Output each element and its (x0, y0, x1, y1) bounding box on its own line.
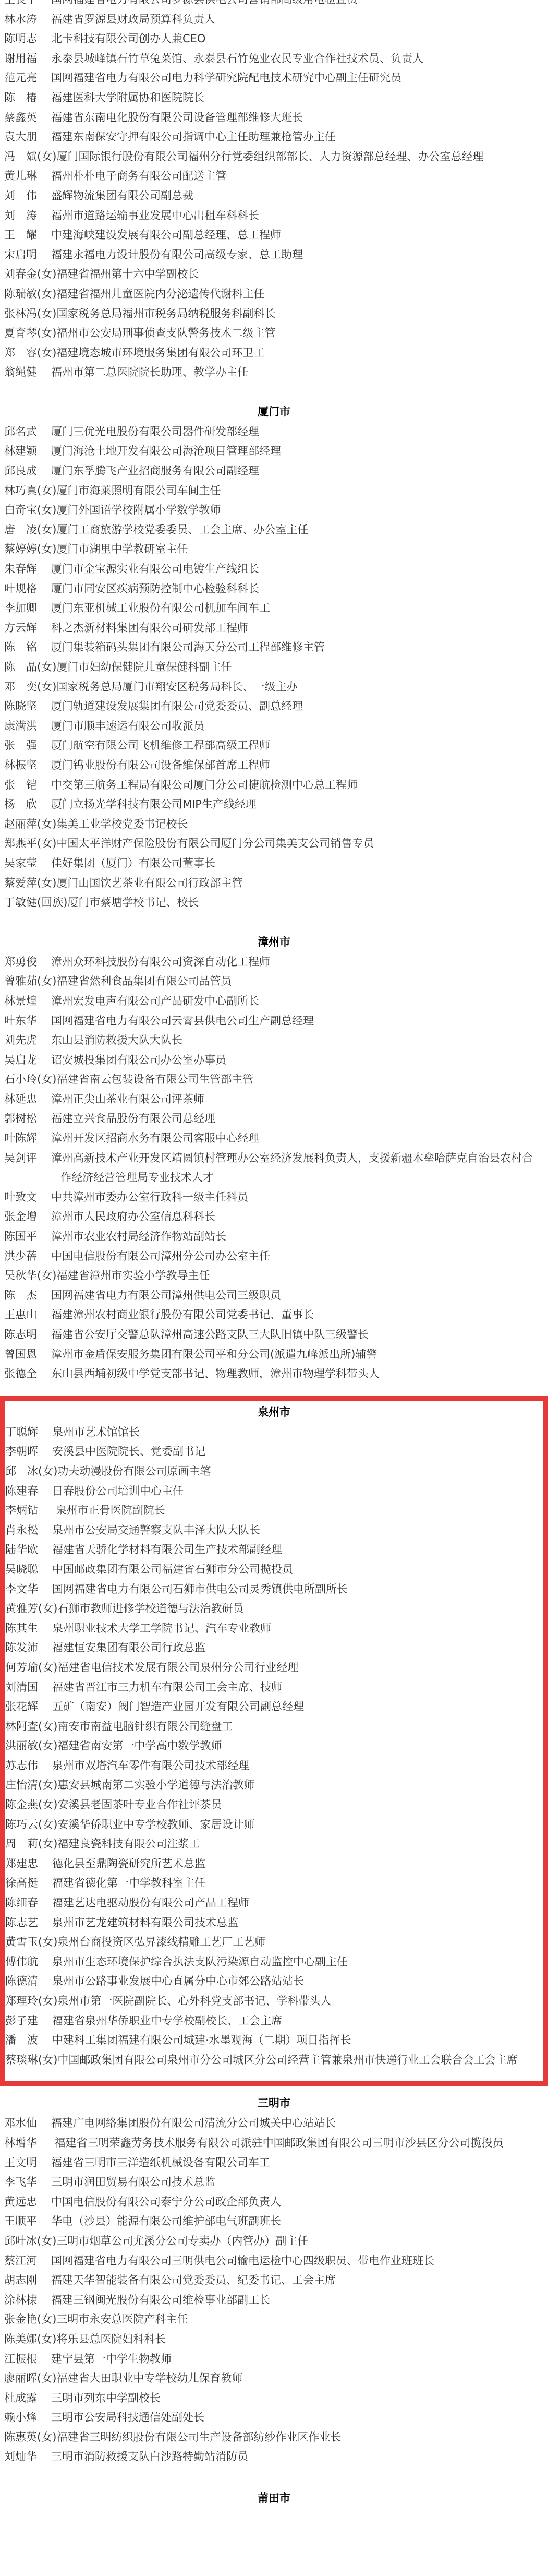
person-name: 袁大朋 (4, 127, 51, 147)
person-name: 张花辉 (5, 1697, 52, 1717)
person-affiliation: 泉州市公路事业发展中心直属分中心市郊公路站站长 (52, 1975, 304, 1987)
person-affiliation: 厦门市金宝源实业有限公司电镀生产线组长 (51, 563, 259, 575)
person-name: 林延忠 (4, 1090, 51, 1110)
list-item: 吴秋华(女)福建省漳州市实验小学教导主任 (0, 1266, 548, 1286)
list-item: 吴家莹佳好集团（厦门）有限公司董事长 (0, 854, 548, 874)
person-name: 何芳瑜(女) (5, 1658, 57, 1678)
city-heading-putian: 莆田市 (0, 2488, 548, 2509)
person-affiliation: 德化县至鼎陶瓷研究所艺术总监 (52, 1857, 205, 1870)
person-name: 黄雪玉(女) (5, 1933, 57, 1952)
list-item: 袁大朋福建东南保安守押有限公司指调中心主任助理兼枪管办主任 (0, 127, 548, 147)
person-affiliation: 福建省三明荣鑫劳务技术服务有限公司派驻中国邮政集团有限公司三明市沙县区分公司揽投… (51, 2137, 504, 2149)
person-affiliation: 中国邮政集团有限公司泉州市分公司城区分公司经营主管兼泉州市快递行业工会联合会工会… (57, 2054, 517, 2066)
list-item: 刘 伟盛辉物流集团有限公司副总裁 (0, 186, 548, 206)
list-item: 谢用福永泰县城峰镇石竹草兔菜馆、永泰县石竹兔业农民专业合作社技术员、负责人 (0, 49, 548, 69)
person-affiliation: 福建省三明市三洋造纸机械设备有限公司车工 (51, 2156, 270, 2169)
person-name: 叶东华 (4, 1011, 51, 1031)
person-name: 徐高挺 (5, 1874, 52, 1893)
person-affiliation: 石狮市教师进修学校道德与法治教研员 (57, 1602, 243, 1615)
person-name: 王惠山 (4, 1305, 51, 1325)
person-name: 陆华欧 (5, 1540, 52, 1560)
list-item: 林水涛福建省罗源县财政局预算科负责人 (0, 10, 548, 30)
person-name: 彭子建 (5, 2011, 52, 2031)
person-affiliation: 厦门集装箱码头集团有限公司海天分公司工程部维修主管 (51, 641, 325, 653)
list-item: 王文明福建省三明市三洋造纸机械设备有限公司车工 (0, 2153, 548, 2173)
person-name: 邓水仙 (4, 2114, 51, 2133)
person-affiliation: 福建省漳州市实验小学教导主任 (56, 1269, 210, 1282)
person-affiliation: 南安市南益电脑针织有限公司缝盘工 (57, 1720, 233, 1733)
list-item: 蔡鑫英福建省东南电化股份有限公司设备管理部维修大班长 (0, 108, 548, 128)
person-name: 邱名武 (4, 422, 51, 442)
person-affiliation: 泉州市公安局交通警察支队丰泽大队大队长 (52, 1524, 260, 1536)
person-name: 胡志刚 (4, 2271, 51, 2291)
person-affiliation: 福建省泉州华侨职业中专学校副校长、工会主席 (52, 2014, 282, 2027)
person-affiliation: 安溪华侨职业中专学校教师、家居设计师 (57, 1818, 254, 1831)
person-affiliation: 国网福建省电力有限公司云霄县供电公司生产副总经理 (51, 1015, 314, 1027)
person-affiliation: 福建省电信技术发展有限公司泉州分公司行业经理 (57, 1661, 298, 1674)
list-item: 黄远忠中国电信股份有限公司泰宁分公司政企部负责人 (0, 2192, 548, 2212)
person-name: 张 铠 (4, 776, 51, 795)
list-item: 潘 波中建科工集团福建有限公司城建·水墨观海（二期）项目指挥长 (5, 2031, 543, 2050)
list-item: 李炳钻 泉州市正骨医院副院长 (5, 1501, 543, 1521)
person-name: 蔡爱萍(女) (4, 874, 56, 893)
person-name: 林水涛 (4, 10, 51, 30)
person-name: 蔡鑫英 (4, 108, 51, 128)
person-affiliation: 三明市永安总医院产科主任 (56, 2313, 188, 2325)
list-item: 廖丽晖(女)福建省大田职业中专学校幼儿保育教师 (0, 2369, 548, 2389)
list-item: 邱名武厦门三优光电股份有限公司器件研发部经理 (0, 422, 548, 442)
list-item: 陈美娜(女)将乐县总医院妇科科长 (0, 2330, 548, 2350)
affiliation-continuation: 作经济经营管理局专业技术人才 (0, 1168, 548, 1188)
list-item: 蔡江河国网福建省电力有限公司三明供电公司输电运检中心四级职员、带电作业班班长 (0, 2251, 548, 2271)
person-affiliation: 五矿（南安）阀门智造产业园开发有限公司副总经理 (52, 1700, 304, 1713)
person-name: 刘春金(女) (4, 265, 56, 284)
person-name: 周 莉(女) (5, 1834, 57, 1854)
list-item: 朱春辉厦门市金宝源实业有限公司电镀生产线组长 (0, 559, 548, 579)
person-name: 洪少蓓 (4, 1247, 51, 1267)
person-name: 陈其生 (5, 1619, 52, 1639)
list-item: 何芳瑜(女)福建省电信技术发展有限公司泉州分公司行业经理 (5, 1658, 543, 1678)
list-item: 蔡婷婷(女)厦门市湖里中学教研室主任 (0, 540, 548, 559)
list-item: 陈 晶(女)厦门市妇幼保健院儿童保健科副主任 (0, 658, 548, 677)
list-item: 林延忠漳州正尖山茶业有限公司评茶师 (0, 1090, 548, 1110)
person-affiliation: 日春股份公司培训中心主任 (52, 1485, 184, 1497)
list-item: 丁敏健(回族)厦门市蔡塘学校书记、校长 (0, 893, 548, 913)
person-name: 李飞华 (4, 2173, 51, 2192)
person-affiliation: 福建省福州儿童医院内分泌遗传代谢科主任 (56, 288, 264, 300)
list-item: 黄雪玉(女)泉州台商投资区弘昇漆线精雕工艺厂工艺师 (5, 1933, 543, 1952)
person-name: 张金艳(女) (4, 2310, 56, 2330)
list-item: 蔡爱萍(女)厦门山国饮艺茶业有限公司行政部主管 (0, 874, 548, 893)
list-item: 邱 冰(女)功夫动漫股份有限公司原画主笔 (5, 1462, 543, 1482)
person-affiliation: 国网福建省电力有限公司漳州供电公司三级职员 (51, 1289, 281, 1302)
person-name: 吴秋华(女) (4, 1266, 56, 1286)
person-name: 陈 椿 (4, 88, 51, 108)
person-name: 陈国平 (4, 1227, 51, 1247)
list-item: 赵丽萍(女)集美工业学校党委书记校长 (0, 815, 548, 834)
person-affiliation: 福建漳州农村商业银行股份有限公司党委书记、董事长 (51, 1308, 314, 1321)
person-affiliation: 福建永福电力设计股份有限公司高级专家、总工助理 (51, 248, 303, 261)
list-item: 吴剑评漳州高新技术产业开发区靖圆镇村管理办公室经济发展科负责人，支援新疆木垒哈萨… (0, 1149, 548, 1168)
list-item: 陈国平漳州市农业农村局经济作物站副站长 (0, 1227, 548, 1247)
person-affiliation: 厦门市海莱照明有限公司车间主任 (56, 484, 221, 497)
list-item: 林巧真(女)厦门市海莱照明有限公司车间主任 (0, 481, 548, 501)
person-affiliation: 福建境态城市环境服务集团有限公司环卫工 (56, 347, 264, 359)
person-name: 曾雅茹(女) (4, 972, 56, 992)
person-affiliation: 东山县消防救援大队大队长 (51, 1034, 182, 1046)
list-item: 刘 涛福州市道路运输事业发展中心出租车科科长 (0, 206, 548, 226)
person-name: 曾国恩 (4, 1345, 51, 1365)
person-affiliation: 厦门国际银行股份有限公司福州分行党委组织部部长、人力资源部总经理、办公室总经理 (56, 150, 483, 163)
list-item: 林景煌漳州宏发电声有限公司产品研发中心副所长 (0, 992, 548, 1011)
person-affiliation: 厦门东孚腾飞产业招商服务有限公司副经理 (51, 464, 259, 477)
list-item: 陈细春福建艺达电驱动股份有限公司产品工程师 (5, 1893, 543, 1913)
person-name: 陈 晶(女) (4, 658, 56, 677)
person-affiliation: 将乐县总医院妇科科长 (56, 2333, 166, 2345)
list-item: 陈晓坚厦门轨道建设发展集团有限公司党委委员、副总经理 (0, 697, 548, 717)
person-affiliation: 福建三钢闽光股份有限公司维检事业部副工长 (51, 2294, 270, 2306)
person-name: 陈晓坚 (4, 697, 51, 717)
person-name: 陈瑞敏(女) (4, 284, 56, 304)
person-name: 赵丽萍(女) (4, 815, 56, 834)
person-name: 冯 斌(女) (4, 147, 56, 167)
list-item: 康满洪厦门市顺丰速运有限公司收派员 (0, 717, 548, 736)
person-name: 郑勇俊 (4, 952, 51, 972)
list-item: 江振根建宁县第一中学生物教师 (0, 2350, 548, 2369)
person-name: 丁聪辉 (5, 1423, 52, 1442)
person-name: 郑理玲(女) (5, 1991, 57, 2011)
person-affiliation: 北卡科技有限公司创办人兼CEO (51, 32, 205, 45)
person-affiliation: 漳州市金盾保安服务集团有限公司平和分公司(派遣九峰派出所)辅警 (51, 1348, 377, 1361)
person-affiliation: 福建省德化第一中学教科室主任 (52, 1877, 205, 1889)
list-item: 张花辉五矿（南安）阀门智造产业园开发有限公司副总经理 (5, 1697, 543, 1717)
person-affiliation: 厦门市妇幼保健院儿童保健科副主任 (56, 661, 232, 673)
person-affiliation: 泉州市第一医院副院长、心外科党支部书记、学科带头人 (57, 1995, 331, 2007)
person-name: 邓 奕(女) (4, 677, 56, 697)
person-affiliation: 厦门海沧土地开发有限公司海沧项目管理部经理 (51, 445, 281, 457)
list-item: 刘清国福建省晋江市三力机车有限公司工会主席、技师 (5, 1678, 543, 1698)
person-affiliation: 福建省晋江市三力机车有限公司工会主席、技师 (52, 1681, 282, 1694)
person-affiliation: 中交第三航务工程局有限公司厦门分公司捷航检测中心总工程师 (51, 779, 358, 791)
person-affiliation: 厦门工商旅游学校党委委员、工会主席、办公室主任 (56, 523, 308, 536)
person-affiliation: 福建省天骄化学材料有限公司生产技术部副经理 (52, 1543, 282, 1556)
person-affiliation: 福建良瓷科技有限公司注浆工 (57, 1838, 200, 1850)
person-name: 陈明志 (4, 29, 51, 49)
person-name: 李炳钻 (5, 1501, 52, 1521)
person-name: 叶陈辉 (4, 1129, 51, 1149)
person-name: 刘 涛 (4, 206, 51, 226)
list-item: 陆华欧福建省天骄化学材料有限公司生产技术部副经理 (5, 1540, 543, 1560)
list-item: 林建颖厦门海沧土地开发有限公司海沧项目管理部经理 (0, 442, 548, 461)
person-affiliation: 盛辉物流集团有限公司副总裁 (51, 189, 193, 202)
person-affiliation: 漳州市人民政府办公室信息科科长 (51, 1210, 215, 1223)
person-name: 朱春辉 (4, 559, 51, 579)
list-item: 邱良成厦门东孚腾飞产业招商服务有限公司副经理 (0, 461, 548, 481)
list-item: 石小玲(女)福建省南云包装设备有限公司生管部主管 (0, 1070, 548, 1090)
person-name: 涂林棣 (4, 2291, 51, 2310)
person-name: 陈志明 (4, 1325, 51, 1345)
person-name: 王文明 (4, 2153, 51, 2173)
list-item: 翁绳健福州市第二总医院院长助理、教学办主任 (0, 363, 548, 383)
person-name: 张 强 (4, 736, 51, 756)
list-item: 方云辉科之杰新材料集团有限公司研发部工程师 (0, 618, 548, 638)
person-affiliation: 安溪县老固茶叶专业合作社评茶员 (57, 1798, 222, 1811)
list-item: 陈志明福建省公安厅交警总队漳州高速公路支队三大队旧镇中队三级警长 (0, 1325, 548, 1345)
list-item: 宋启明福建永福电力设计股份有限公司高级专家、总工助理 (0, 245, 548, 265)
list-item: 吴晓聪中国邮政集团有限公司福建省石狮市分公司揽投员 (5, 1560, 543, 1580)
person-name: 邱 冰(女) (5, 1462, 57, 1482)
person-name: 林阿查(女) (5, 1717, 57, 1737)
person-name: 张林冯(女) (4, 304, 56, 324)
person-affiliation: 永泰县城峰镇石竹草兔菜馆、永泰县石竹兔业农民专业合作社技术员、负责人 (51, 52, 423, 65)
person-name: 赖小烽 (4, 2408, 51, 2428)
person-name: 洪丽敏(女) (5, 1736, 57, 1756)
person-affiliation: 泉州市正骨医院副院长 (52, 1504, 165, 1517)
city-heading-sanming: 三明市 (0, 2093, 548, 2114)
person-affiliation: 厦门山国饮艺茶业有限公司行政部主管 (56, 877, 242, 889)
person-name: 陈巧云(女) (5, 1815, 57, 1835)
person-affiliation: 三明市公安局科技通信处副处长 (51, 2411, 204, 2424)
person-affiliation: 福建东南保安守押有限公司指调中心主任助理兼枪管办主任 (51, 130, 336, 143)
person-affiliation: 福州市道路运输事业发展中心出租车科科长 (51, 209, 259, 222)
person-name: 王長平 (4, 0, 51, 10)
person-affiliation: 泉州台商投资区弘昇漆线精雕工艺厂工艺师 (57, 1936, 265, 1948)
person-name: 林建颖 (4, 442, 51, 461)
list-item: 曾国恩漳州市金盾保安服务集团有限公司平和分公司(派遣九峰派出所)辅警 (0, 1345, 548, 1365)
list-item: 刘灿华三明市消防救援支队白沙路特勤站消防员 (0, 2447, 548, 2467)
person-name: 王 耀 (4, 225, 51, 245)
list-item: 陈巧云(女)安溪华侨职业中专学校教师、家居设计师 (5, 1815, 543, 1835)
list-item: 陈 杰国网福建省电力有限公司漳州供电公司三级职员 (0, 1286, 548, 1306)
person-name: 李朝晖 (5, 1442, 52, 1462)
list-item: 苏志伟泉州市双塔汽车零件有限公司技术部经理 (5, 1756, 543, 1776)
person-name: 陈金燕(女) (5, 1795, 57, 1815)
person-name: 陈美娜(女) (4, 2330, 56, 2350)
person-affiliation: 厦门市湖里中学教研室主任 (56, 543, 188, 555)
person-affiliation: 华电（沙县）能源有限公司维护部电气班副班长 (51, 2215, 281, 2227)
person-name: 李文华 (5, 1580, 52, 1600)
list-item: 张 强厦门航空有限公司飞机维修工程部高级工程师 (0, 736, 548, 756)
person-name: 翁绳健 (4, 363, 51, 383)
person-affiliation: 漳州高新技术产业开发区靖圆镇村管理办公室经济发展科负责人，支援新疆木垒哈萨克自治… (51, 1152, 533, 1164)
list-item: 郭树松福建立兴食品股份有限公司总经理 (0, 1109, 548, 1129)
person-affiliation: 厦门钨业股份有限公司设备维保部首席工程师 (51, 759, 270, 771)
list-item: 陈瑞敏(女)福建省福州儿童医院内分泌遗传代谢科主任 (0, 284, 548, 304)
list-item: 郑理玲(女)泉州市第一医院副院长、心外科党支部书记、学科带头人 (5, 1991, 543, 2011)
person-name: 吴家莹 (4, 854, 51, 874)
person-name: 黄儿琳 (4, 166, 51, 186)
list-item: 胡志刚福建天华智能装备有限公司党委委员、纪委书记、工会主席 (0, 2271, 548, 2291)
list-item: 王 耀中建海峡建设发展有限公司副总经理、总工程师 (0, 225, 548, 245)
person-affiliation: 福州市第二总医院院长助理、教学办主任 (51, 366, 248, 378)
list-item: 洪丽敏(女)福建省南安第一中学高中数学教师 (5, 1736, 543, 1756)
list-item: 范元亮国网福建省电力有限公司电力科学研究院配电技术研究中心副主任研究员 (0, 68, 548, 88)
list-item: 庄怡清(女)惠安县城南第二实验小学道德与法治教师 (5, 1775, 543, 1795)
person-name: 蔡江河 (4, 2251, 51, 2271)
person-affiliation: 福建省南云包装设备有限公司生管部主管 (56, 1073, 253, 1086)
person-affiliation: 国网福建省电力有限公司石狮市供电公司灵秀镇供电所副所长 (52, 1583, 348, 1595)
list-item: 曾雅茹(女)福建省然利食品集团有限公司品管员 (0, 972, 548, 992)
list-item: 张金艳(女)三明市永安总医院产科主任 (0, 2310, 548, 2330)
list-item: 林振坚厦门钨业股份有限公司设备维保部首席工程师 (0, 756, 548, 776)
person-affiliation: 泉州市双塔汽车零件有限公司技术部经理 (52, 1759, 249, 1772)
person-name: 郑燕平(女) (4, 834, 56, 854)
list-item: 陈其生泉州职业技术大学工学院书记、汽车专业教师 (5, 1619, 543, 1639)
person-affiliation: 惠安县城南第二实验小学道德与法治教师 (57, 1779, 254, 1791)
person-affiliation: 泉州市艺术馆馆长 (52, 1426, 140, 1438)
person-name: 刘灿华 (4, 2447, 51, 2467)
person-affiliation: 中国电信股份有限公司泰宁分公司政企部负责人 (51, 2196, 281, 2208)
person-name: 叶致文 (4, 1188, 51, 1208)
section-fuzhou: 王長平国网福建省电力有限公司罗源县供电公司营销部高级用电检查员林水涛福建省罗源县… (0, 0, 548, 383)
list-item: 叶陈辉漳州开发区招商水务有限公司客服中心经理 (0, 1129, 548, 1149)
person-affiliation: 福建省然利食品集团有限公司品管员 (56, 975, 232, 987)
person-name: 郑 容(女) (4, 343, 56, 363)
person-name: 李加卿 (4, 599, 51, 618)
person-affiliation: 福建立兴食品股份有限公司总经理 (51, 1112, 215, 1125)
person-name: 吴启龙 (4, 1051, 51, 1070)
person-name: 陈细春 (5, 1893, 52, 1913)
person-name: 潘 波 (5, 2031, 52, 2050)
list-item: 陈发沛福建恒安集团有限公司行政总监 (5, 1638, 543, 1658)
person-affiliation: 中国太平洋财产保险股份有限公司厦门分公司集美支公司销售专员 (56, 837, 374, 850)
person-affiliation: 漳州正尖山茶业有限公司评茶师 (51, 1093, 204, 1105)
person-affiliation: 漳州市农业农村局经济作物站副站长 (51, 1230, 226, 1243)
city-heading-xiamen: 厦门市 (0, 401, 548, 422)
person-affiliation: 泉州市生态环境保护综合执法支队污染源自动监控中心副主任 (52, 1955, 348, 1968)
list-item: 陈明志北卡科技有限公司创办人兼CEO (0, 29, 548, 49)
section-quanzhou: 丁聪辉泉州市艺术馆馆长李朝晖安溪县中医院院长、党委副书记邱 冰(女)功夫动漫股份… (5, 1423, 543, 2070)
list-item: 刘春金(女)福建省福州第十六中学副校长 (0, 265, 548, 284)
list-item: 洪少蓓中国电信股份有限公司漳州分公司办公室主任 (0, 1247, 548, 1267)
person-name: 陈惠英(女) (4, 2428, 56, 2448)
person-affiliation: 福建天华智能装备有限公司党委委员、纪委书记、工会主席 (51, 2274, 336, 2286)
person-affiliation: 建宁县第一中学生物教师 (51, 2353, 172, 2365)
person-affiliation: 厦门立扬光学科技有限公司MIP生产线经理 (51, 798, 257, 810)
list-item: 傅伟航泉州市生态环境保护综合执法支队污染源自动监控中心副主任 (5, 1952, 543, 1972)
person-name: 刘先虎 (4, 1031, 51, 1051)
person-name: 谢用福 (4, 49, 51, 69)
person-affiliation: 中国邮政集团有限公司福建省石狮市分公司揽投员 (52, 1563, 293, 1576)
person-name: 范元亮 (4, 68, 51, 88)
person-name: 黄雅芳(女) (5, 1599, 57, 1619)
person-affiliation: 功夫动漫股份有限公司原画主笔 (57, 1465, 211, 1477)
person-affiliation: 中共漳州市委办公室行政科一级主任科员 (51, 1191, 248, 1203)
person-name: 庄怡清(女) (5, 1775, 57, 1795)
person-name: 陈建春 (5, 1482, 52, 1501)
person-name: 张金增 (4, 1207, 51, 1227)
section-zhangzhou: 郑勇俊漳州众环科技股份有限公司资深自动化工程师曾雅茹(女)福建省然利食品集团有限… (0, 952, 548, 1384)
person-name: 刘 伟 (4, 186, 51, 206)
list-item: 李文华国网福建省电力有限公司石狮市供电公司灵秀镇供电所副所长 (5, 1580, 543, 1600)
person-affiliation: 福建省公安厅交警总队漳州高速公路支队三大队旧镇中队三级警长 (51, 1328, 369, 1341)
person-affiliation: 厦门市同安区疾病预防控制中心检验科科长 (51, 582, 259, 595)
person-name: 傅伟航 (5, 1952, 52, 1972)
highlight-box-quanzhou: 泉州市 丁聪辉泉州市艺术馆馆长李朝晖安溪县中医院院长、党委副书记邱 冰(女)功夫… (0, 1396, 548, 2087)
person-name: 叶规格 (4, 579, 51, 599)
list-item: 陈 椿福建医科大学附属协和医院院长 (0, 88, 548, 108)
person-name: 郑建忠 (5, 1854, 52, 1874)
person-affiliation: 中建海峡建设发展有限公司副总经理、总工程师 (51, 229, 281, 241)
list-item: 涂林棣福建三钢闽光股份有限公司维检事业部副工长 (0, 2291, 548, 2310)
list-item: 陈志艺泉州市艺龙建筑材料有限公司技术总监 (5, 1913, 543, 1933)
list-item: 彭子建福建省泉州华侨职业中专学校副校长、工会主席 (5, 2011, 543, 2031)
person-affiliation: 福建广电网络集团股份有限公司清流分公司城关中心站站长 (51, 2117, 336, 2129)
list-item: 邓 奕(女)国家税务总局厦门市翔安区税务局科长、一级主办 (0, 677, 548, 697)
person-name: 江振根 (4, 2350, 51, 2369)
person-affiliation: 三明市烟草公司尤溪分公司专卖办（内管办）副主任 (56, 2235, 308, 2247)
list-item: 郑燕平(女)中国太平洋财产保险股份有限公司厦门分公司集美支公司销售专员 (0, 834, 548, 854)
list-item: 徐高挺福建省德化第一中学教科室主任 (5, 1874, 543, 1893)
person-affiliation: 厦门东亚机械工业股份有限公司机加车间车工 (51, 602, 270, 614)
list-item: 陈金燕(女)安溪县老固茶叶专业合作社评茶员 (5, 1795, 543, 1815)
person-affiliation: 漳州众环科技股份有限公司资深自动化工程师 (51, 956, 270, 968)
person-affiliation: 国网福建省电力有限公司电力科学研究院配电技术研究中心副主任研究员 (51, 71, 401, 84)
person-affiliation: 厦门轨道建设发展集团有限公司党委委员、副总经理 (51, 700, 303, 712)
person-affiliation: 国网福建省电力有限公司罗源县供电公司营销部高级用电检查员 (51, 0, 358, 6)
person-affiliation: 福建医科大学附属协和医院院长 (51, 91, 204, 104)
list-item: 冯 斌(女)厦门国际银行股份有限公司福州分行党委组织部部长、人力资源部总经理、办… (0, 147, 548, 167)
list-item: 陈惠英(女)福建省三明纺织股份有限公司生产设备部纺纱作业区作业长 (0, 2428, 548, 2448)
person-affiliation: 中国电信股份有限公司漳州分公司办公室主任 (51, 1250, 270, 1262)
person-affiliation: 三明市润田贸易有限公司技术总监 (51, 2176, 215, 2188)
person-affiliation: 三明市消防救援支队白沙路特勤站消防员 (51, 2450, 248, 2463)
person-name: 陈德清 (5, 1972, 52, 1991)
city-heading-quanzhou: 泉州市 (5, 1402, 543, 1423)
person-name: 方云辉 (4, 618, 51, 638)
list-item: 叶规格厦门市同安区疾病预防控制中心检验科科长 (0, 579, 548, 599)
person-name: 吴晓聪 (5, 1560, 52, 1580)
person-name: 林振坚 (4, 756, 51, 776)
list-item: 王惠山福建漳州农村商业银行股份有限公司党委书记、董事长 (0, 1305, 548, 1325)
person-affiliation: 科之杰新材料集团有限公司研发部工程师 (51, 622, 248, 634)
list-item: 陈德清泉州市公路事业发展中心直属分中心市郊公路站站长 (5, 1972, 543, 1991)
person-name: 王顺平 (4, 2212, 51, 2232)
person-affiliation: 福建省三明纺织股份有限公司生产设备部纺纱作业区作业长 (56, 2431, 341, 2443)
person-name: 张德全 (4, 1364, 51, 1384)
person-name: 蔡婷婷(女) (4, 540, 56, 559)
list-item: 赖小烽三明市公安局科技通信处副处长 (0, 2408, 548, 2428)
list-item: 周 莉(女)福建良瓷科技有限公司注浆工 (5, 1834, 543, 1854)
list-item: 杜成露三明市列东中学副校长 (0, 2389, 548, 2408)
person-name: 邱良成 (4, 461, 51, 481)
person-affiliation: 国家税务总局福州市税务局纳税服务科副科长 (56, 307, 275, 320)
person-affiliation: 福建省罗源县财政局预算科负责人 (51, 13, 215, 26)
person-name: 肖永松 (5, 1521, 52, 1541)
person-name: 林巧真(女) (4, 481, 56, 501)
list-item: 林增华 福建省三明荣鑫劳务技术服务有限公司派驻中国邮政集团有限公司三明市沙县区分… (0, 2133, 548, 2153)
person-name: 苏志伟 (5, 1756, 52, 1776)
list-item: 张德全东山县西埔初级中学党支部书记、物理教师，漳州市物理学科带头人 (0, 1364, 548, 1384)
list-item: 林阿查(女)南安市南益电脑针织有限公司缝盘工 (5, 1717, 543, 1737)
person-name: 郭树松 (4, 1109, 51, 1129)
person-affiliation: 福建省大田职业中专学校幼儿保育教师 (56, 2372, 242, 2384)
person-affiliation: 集美工业学校党委书记校长 (56, 818, 188, 830)
list-item: 唐 凌(女)厦门工商旅游学校党委委员、工会主席、办公室主任 (0, 520, 548, 540)
person-affiliation: 中建科工集团福建有限公司城建·水墨观海（二期）项目指挥长 (52, 2034, 351, 2046)
person-name: 陈志艺 (5, 1913, 52, 1933)
list-item: 蔡琰琳(女)中国邮政集团有限公司泉州市分公司城区分公司经营主管兼泉州市快递行业工… (5, 2050, 543, 2070)
list-item: 黄儿琳福州朴朴电子商务有限公司配送主管 (0, 166, 548, 186)
person-affiliation: 国网福建省电力有限公司三明供电公司输电运检中心四级职员、带电作业班班长 (51, 2255, 434, 2267)
person-name: 唐 凌(女) (4, 520, 56, 540)
list-item: 李朝晖安溪县中医院院长、党委副书记 (5, 1442, 543, 1462)
person-name: 刘清国 (5, 1678, 52, 1698)
list-item: 陈 铭厦门集装箱码头集团有限公司海天分公司工程部维修主管 (0, 638, 548, 658)
person-affiliation: 厦门三优光电股份有限公司器件研发部经理 (51, 425, 259, 438)
list-item: 李加卿厦门东亚机械工业股份有限公司机加车间车工 (0, 599, 548, 618)
person-affiliation: 三明市列东中学副校长 (51, 2392, 161, 2404)
